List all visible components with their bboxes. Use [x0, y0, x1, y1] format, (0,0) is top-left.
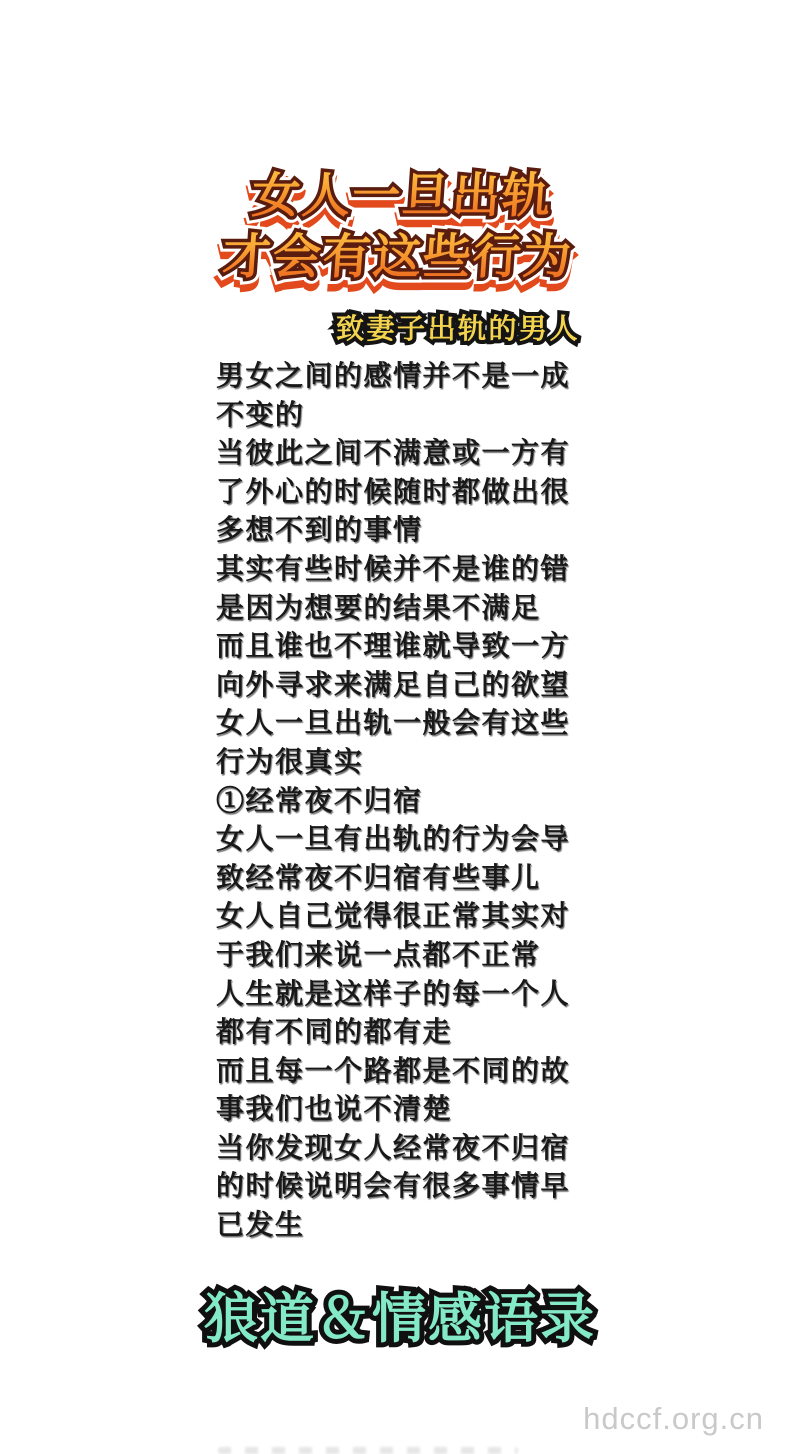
body-line: 是因为想要的结果不满足 — [216, 590, 620, 629]
body-line: 当彼此之间不满意或一方有 — [216, 435, 620, 474]
body-line: 致经常夜不归宿有些事儿 — [216, 860, 620, 899]
brand-banner: 狼道＆情感语录 狼道＆情感语录 — [0, 1286, 800, 1352]
body-line: 而且谁也不理谁就导致一方 — [216, 628, 620, 667]
body-line: 了外心的时候随时都做出很 — [216, 474, 620, 513]
poster: 女人一旦出轨 女人一旦出轨 女人一旦出轨 女人一旦出轨 才会有这些行为 才会有这… — [0, 0, 800, 1454]
body-line: 当你发现女人经常夜不归宿 — [216, 1130, 620, 1169]
body-line: 而且每一个路都是不同的故 — [216, 1053, 620, 1092]
body-line: 都有不同的都有走 — [216, 1014, 620, 1053]
cropped-text-fragment — [218, 1447, 518, 1454]
brand-banner-text: 狼道＆情感语录 — [0, 1286, 800, 1352]
body-line: 不变的 — [216, 397, 620, 436]
body-line: 已发生 — [216, 1207, 620, 1246]
watermark: hdccf.org.cn — [583, 1401, 764, 1437]
body-line: 女人一旦出轨一般会有这些 — [216, 705, 620, 744]
poster-title: 女人一旦出轨 女人一旦出轨 女人一旦出轨 女人一旦出轨 才会有这些行为 才会有这… — [0, 166, 800, 288]
title-line-1-text: 女人一旦出轨 — [0, 166, 800, 227]
body-line: 女人自己觉得很正常其实对 — [216, 898, 620, 937]
body-line: 的时候说明会有很多事情早 — [216, 1168, 620, 1207]
body-line: 男女之间的感情并不是一成 — [216, 358, 620, 397]
title-line-2-text: 才会有这些行为 — [0, 227, 800, 288]
poster-subtitle: 致妻子出轨的男人 致妻子出轨的男人 — [336, 312, 580, 348]
subtitle-text: 致妻子出轨的男人 — [336, 312, 580, 348]
body-line-numbered: ①经常夜不归宿 — [216, 783, 620, 822]
body-line: 其实有些时候并不是谁的错 — [216, 551, 620, 590]
title-line-2: 才会有这些行为 才会有这些行为 才会有这些行为 才会有这些行为 — [0, 227, 800, 288]
body-line: 向外寻求来满足自己的欲望 — [216, 667, 620, 706]
body-line: 女人一旦有出轨的行为会导 — [216, 821, 620, 860]
body-line: 行为很真实 — [216, 744, 620, 783]
body-line: 于我们来说一点都不正常 — [216, 937, 620, 976]
body-text: 男女之间的感情并不是一成 不变的 当彼此之间不满意或一方有 了外心的时候随时都做… — [216, 358, 620, 1246]
body-line: 事我们也说不清楚 — [216, 1091, 620, 1130]
body-line: 人生就是这样子的每一个人 — [216, 976, 620, 1015]
title-line-1: 女人一旦出轨 女人一旦出轨 女人一旦出轨 女人一旦出轨 — [0, 166, 800, 227]
body-line: 多想不到的事情 — [216, 512, 620, 551]
